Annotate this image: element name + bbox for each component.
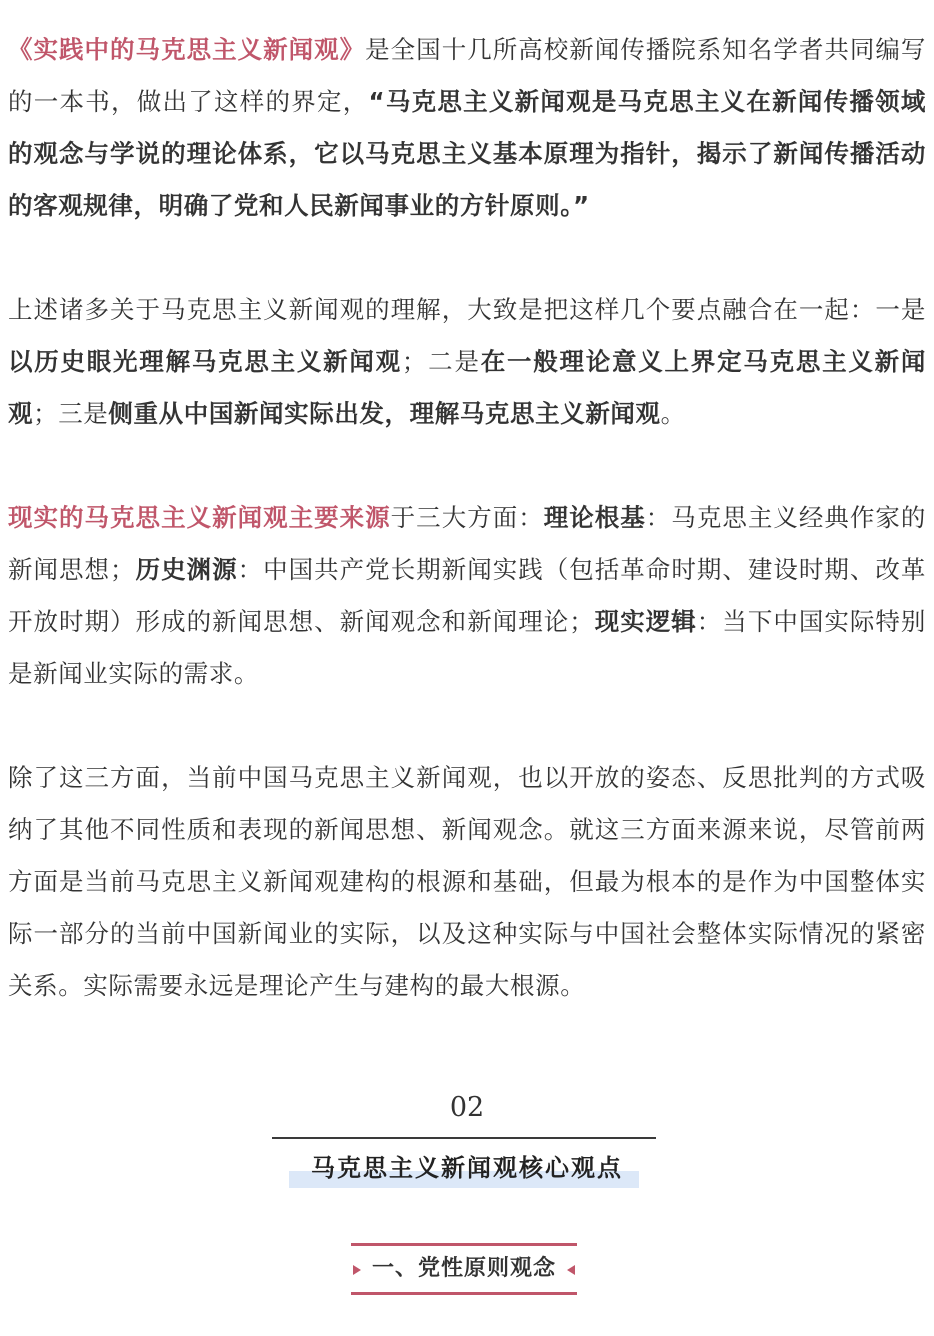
text-segment: 除了这三方面，当前中国马克思主义新闻观，也以开放的姿态、反思批判的方式吸纳了其他…: [8, 763, 926, 1000]
text-segment: 于三大方面：: [391, 503, 544, 532]
paragraph-sources: 现实的马克思主义新闻观主要来源于三大方面：理论根基：马克思主义经典作家的新闻思想…: [8, 492, 926, 700]
key-point-3: 侧重从中国新闻实际出发，理解马克思主义新闻观: [108, 399, 660, 428]
source-theory: 理论根基: [544, 503, 646, 532]
source-history: 历史渊源: [135, 555, 237, 584]
paragraph-key-points: 上述诸多关于马克思主义新闻观的理解，大致是把这样几个要点融合在一起：一是以历史眼…: [8, 284, 926, 440]
book-title-highlight: 《实践中的马克思主义新闻观》: [8, 35, 365, 64]
sources-highlight: 现实的马克思主义新闻观主要来源: [8, 503, 391, 532]
subsection-bottom-rule: [351, 1292, 577, 1295]
text-segment: 上述诸多关于马克思主义新闻观的理解，大致是把这样几个要点融合在一起：一是: [8, 295, 926, 324]
text-segment: ；三是: [33, 399, 108, 428]
text-segment: 。: [661, 399, 686, 428]
key-point-1: 以历史眼光理解马克思主义新闻观: [8, 347, 402, 376]
triangle-left-icon: [567, 1265, 575, 1275]
subsection-title: 一、党性原则观念: [351, 1249, 577, 1289]
paragraph-conclusion: 除了这三方面，当前中国马克思主义新闻观，也以开放的姿态、反思批判的方式吸纳了其他…: [8, 752, 926, 1012]
text-segment: ；二是: [402, 347, 481, 376]
subsection-top-rule: [351, 1243, 577, 1246]
source-reality: 现实逻辑: [594, 607, 696, 636]
paragraph-definition: 《实践中的马克思主义新闻观》是全国十几所高校新闻传播院系知名学者共同编写的一本书…: [8, 24, 926, 232]
section-divider: [272, 1137, 656, 1139]
article-body: 《实践中的马克思主义新闻观》是全国十几所高校新闻传播院系知名学者共同编写的一本书…: [8, 24, 926, 1012]
section-title: 马克思主义新闻观核心观点: [0, 1148, 934, 1188]
section-number: 02: [0, 1088, 934, 1128]
subsection-heading: 一、党性原则观念: [351, 1243, 577, 1295]
